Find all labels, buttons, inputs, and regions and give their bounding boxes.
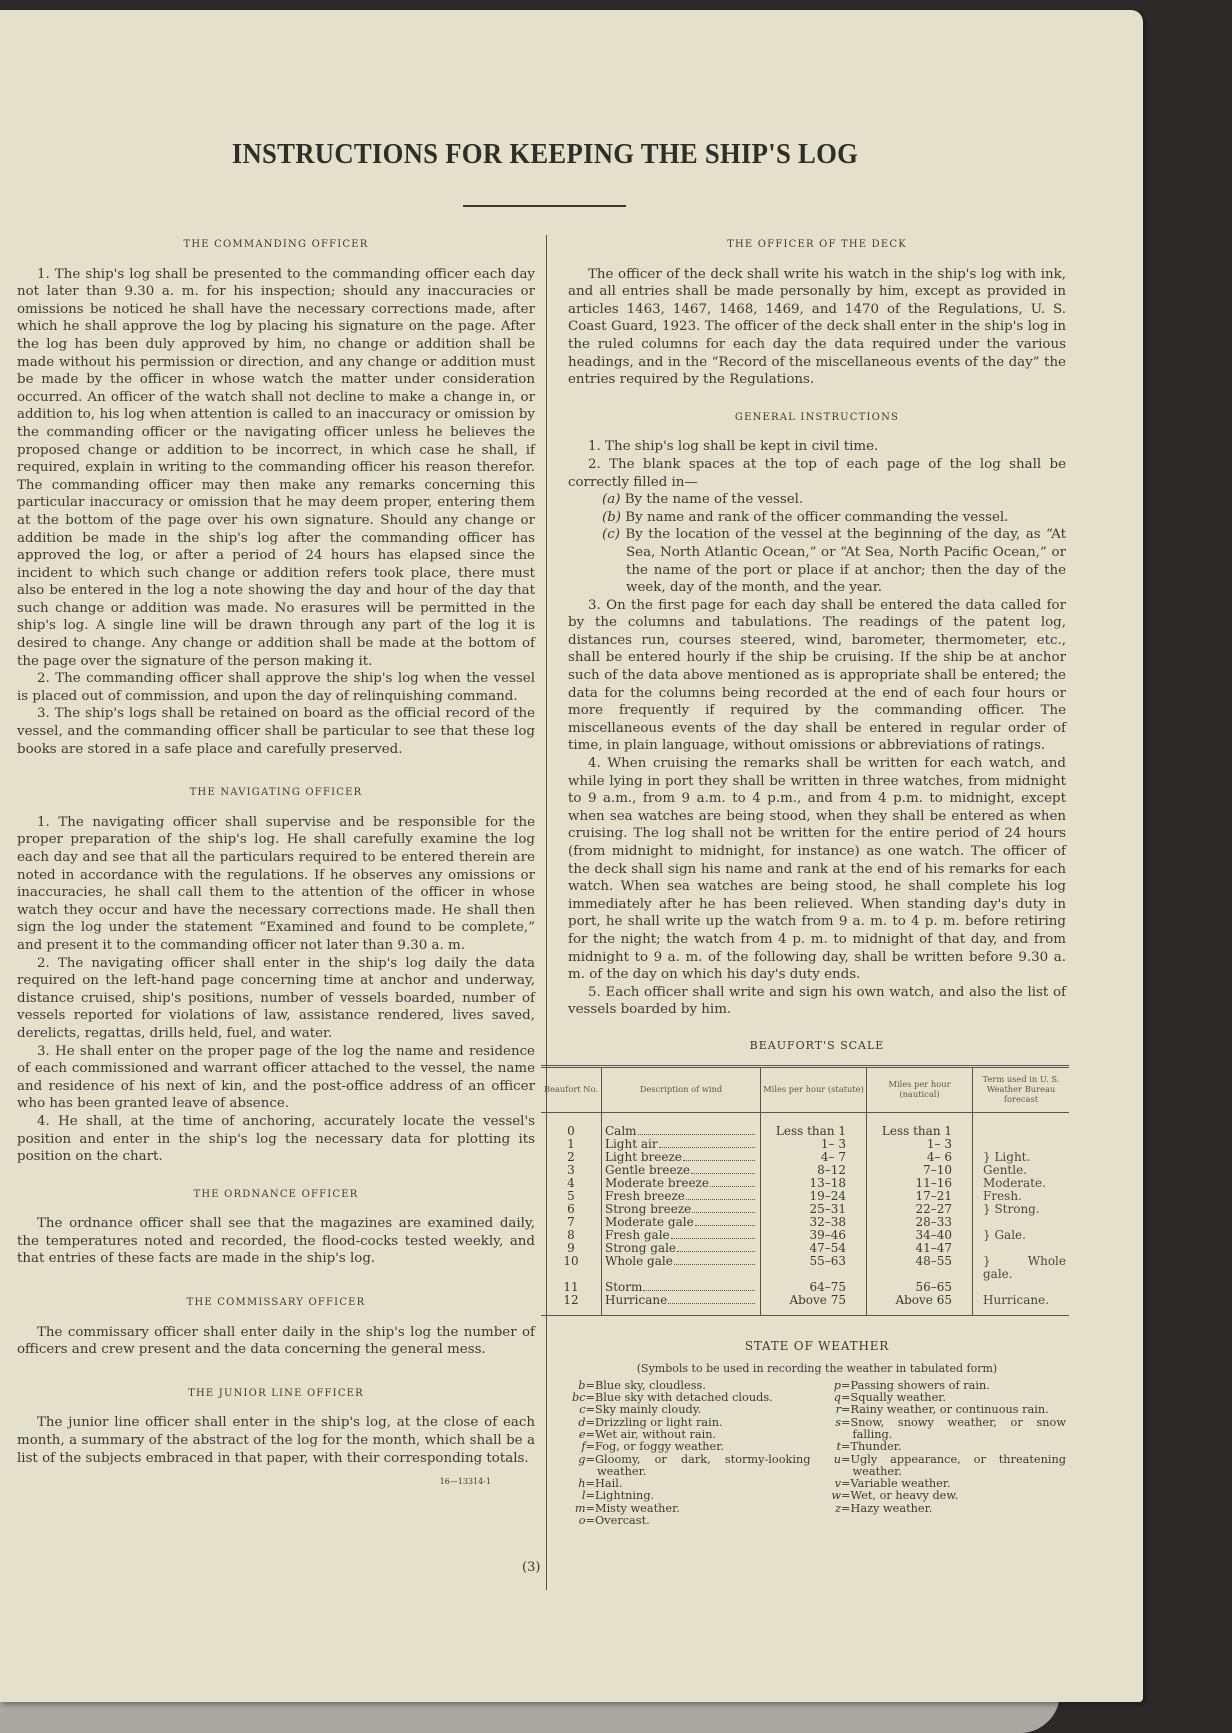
weather-symbol-meaning: Drizzling or light rain.: [595, 1416, 723, 1429]
section-heading-ordnance-officer: THE ORDNANCE OFFICER: [17, 1186, 535, 1204]
table-row: 12HurricaneAbove 75Above 65Hurricane.: [541, 1294, 1069, 1316]
sub-item-label: (b): [602, 510, 621, 525]
paragraph: The officer of the deck shall write his …: [568, 266, 1066, 389]
paragraph: 3. He shall enter on the proper page of …: [17, 1043, 535, 1113]
wind-description-cell: Light air: [602, 1138, 761, 1151]
weather-symbol-meaning: Misty weather.: [595, 1502, 680, 1515]
state-of-weather-subtitle: (Symbols to be used in recording the wea…: [568, 1360, 1066, 1378]
section-heading-navigating-officer: THE NAVIGATING OFFICER: [17, 784, 535, 802]
right-column: THE OFFICER OF THE DECK The officer of t…: [568, 232, 1066, 1527]
statute-mph: 19–24: [761, 1190, 867, 1203]
page-number: (3): [522, 1560, 540, 1575]
leader-dots: [638, 1125, 755, 1135]
section-heading-officer-of-the-deck: THE OFFICER OF THE DECK: [568, 236, 1066, 254]
title-rule: [463, 205, 626, 207]
beaufort-number: 6: [541, 1203, 602, 1216]
statute-mph: 55–63: [761, 1255, 867, 1281]
weather-symbol-meaning: Overcast.: [595, 1514, 650, 1527]
section-heading-junior-line-officer: THE JUNIOR LINE OFFICER: [17, 1385, 535, 1403]
sub-item-label: (c): [602, 527, 620, 542]
weather-symbol: s=: [811, 1417, 851, 1429]
paragraph: The junior line officer shall enter in t…: [17, 1414, 535, 1467]
stock-number: 16—13314-1: [17, 1473, 535, 1491]
header-nautical: Miles per hour (nautical): [867, 1066, 973, 1112]
statute-mph: 32–38: [761, 1216, 867, 1229]
table-row: 5Fresh breeze19–2417–21Fresh.: [541, 1190, 1069, 1203]
wind-description: Calm: [605, 1125, 637, 1138]
weather-symbols-right: p=Passing showers of rain.q=Squally weat…: [811, 1380, 1067, 1528]
nautical-mph: 22–27: [867, 1203, 973, 1216]
weather-bureau-term: } Light.: [973, 1151, 1070, 1164]
header-description: Description of wind: [602, 1066, 761, 1112]
table-row: 8Fresh gale39–4634–40} Gale.: [541, 1229, 1069, 1242]
weather-symbol-meaning: Wet air, without rain.: [595, 1428, 716, 1441]
page-title: INSTRUCTIONS FOR KEEPING THE SHIP'S LOG: [44, 138, 1047, 171]
sub-item-a: (a) By the name of the vessel.: [568, 491, 1066, 509]
sub-item-label: (a): [602, 492, 620, 507]
statute-mph: 8–12: [761, 1164, 867, 1177]
instruction-item-3: 3. On the first page for each day shall …: [568, 597, 1066, 755]
wind-description-cell: Moderate gale: [602, 1216, 761, 1229]
leader-dots: [691, 1164, 755, 1174]
nautical-mph: 56–65: [867, 1281, 973, 1294]
instruction-item-2: 2. The blank spaces at the top of each p…: [568, 456, 1066, 491]
statute-mph: 39–46: [761, 1229, 867, 1242]
table-row: 1Light air1– 31– 3: [541, 1138, 1069, 1151]
weather-bureau-term: } Strong.: [973, 1203, 1070, 1216]
weather-symbol-meaning: Snow, snowy weather, or snow falling.: [851, 1416, 1067, 1441]
weather-bureau-term: [973, 1138, 1070, 1151]
leader-dots: [695, 1216, 755, 1226]
weather-symbol-meaning: Fog, or foggy weather.: [595, 1440, 724, 1453]
spacer: [17, 1359, 535, 1381]
weather-bureau-term: [973, 1281, 1070, 1294]
wind-description: Light air: [605, 1138, 658, 1151]
leader-dots: [668, 1294, 755, 1304]
weather-symbol-meaning: Variable weather.: [851, 1477, 951, 1490]
wind-description-cell: Moderate breeze: [602, 1177, 761, 1190]
sub-item-text: By the location of the vessel at the beg…: [625, 527, 1066, 595]
weather-symbol-meaning: Rainy weather, or continuous rain.: [851, 1403, 1049, 1416]
instruction-item-1: 1. The ship's log shall be kept in civil…: [568, 438, 1066, 456]
weather-symbol-item: s=Snow, snowy weather, or snow falling.: [811, 1417, 1067, 1442]
paragraph: 2. The navigating officer shall enter in…: [17, 955, 535, 1043]
weather-bureau-term: Moderate.: [973, 1177, 1070, 1190]
nautical-mph: 48–55: [867, 1255, 973, 1281]
weather-symbol-meaning: Lightning.: [595, 1489, 654, 1502]
instruction-item-5: 5. Each officer shall write and sign his…: [568, 984, 1066, 1019]
leader-dots: [710, 1177, 755, 1187]
weather-symbol: g=: [555, 1454, 595, 1466]
statute-mph: Above 75: [761, 1294, 867, 1316]
nautical-mph: 34–40: [867, 1229, 973, 1242]
weather-symbol-meaning: Thunder.: [851, 1440, 902, 1453]
weather-symbol-meaning: Blue sky with detached clouds.: [595, 1391, 773, 1404]
spacer: [17, 758, 535, 780]
leader-dots: [692, 1203, 755, 1213]
sub-item-b: (b) By name and rank of the officer comm…: [568, 509, 1066, 527]
nautical-mph: Less than 1: [867, 1112, 973, 1138]
statute-mph: 4– 7: [761, 1151, 867, 1164]
nautical-mph: 1– 3: [867, 1138, 973, 1151]
beaufort-table-body: 0CalmLess than 1Less than 11Light air1– …: [541, 1112, 1069, 1315]
wind-description: Gentle breeze: [605, 1164, 690, 1177]
wind-description: Hurricane: [605, 1294, 667, 1307]
wind-description: Fresh breeze: [605, 1190, 685, 1203]
sub-item-text: By name and rank of the officer commandi…: [625, 510, 1008, 525]
leader-dots: [683, 1151, 755, 1161]
wind-description: Whole gale: [605, 1255, 673, 1268]
weather-bureau-term: Hurricane.: [973, 1294, 1070, 1316]
weather-symbol-meaning: Gloomy, or dark, stormy-looking weather.: [595, 1453, 811, 1478]
beaufort-scale-title: BEAUFORT'S SCALE: [568, 1037, 1066, 1055]
table-row: 2Light breeze4– 74– 6} Light.: [541, 1151, 1069, 1164]
paragraph: 2. The commanding officer shall approve …: [17, 670, 535, 705]
weather-bureau-term: [973, 1242, 1070, 1255]
weather-bureau-term: } Whole gale.: [973, 1255, 1070, 1281]
beaufort-number: 12: [541, 1294, 602, 1316]
leader-dots: [643, 1281, 755, 1291]
wind-description: Storm: [605, 1281, 642, 1294]
nautical-mph: 7–10: [867, 1164, 973, 1177]
header-statute: Miles per hour (statute): [761, 1066, 867, 1112]
beaufort-number: 3: [541, 1164, 602, 1177]
state-of-weather-title: STATE OF WEATHER: [568, 1338, 1066, 1356]
header-weather-bureau-term: Term used in U. S. Weather Bureau foreca…: [973, 1066, 1070, 1112]
weather-bureau-term: [973, 1112, 1070, 1138]
document-page: INSTRUCTIONS FOR KEEPING THE SHIP'S LOG …: [0, 10, 1143, 1702]
weather-symbol-item: u=Ugly appearance, or threatening weathe…: [811, 1454, 1067, 1479]
weather-symbol-item: z=Hazy weather.: [811, 1503, 1067, 1515]
wind-description-cell: Light breeze: [602, 1151, 761, 1164]
weather-symbol-meaning: Sky mainly cloudy.: [595, 1403, 701, 1416]
paragraph: 1. The ship's log shall be presented to …: [17, 266, 535, 671]
wind-description: Light breeze: [605, 1151, 682, 1164]
beaufort-number: 8: [541, 1229, 602, 1242]
nautical-mph: 41–47: [867, 1242, 973, 1255]
weather-symbol: u=: [811, 1454, 851, 1466]
beaufort-number: 7: [541, 1216, 602, 1229]
beaufort-number: 0: [541, 1112, 602, 1138]
beaufort-number: 2: [541, 1151, 602, 1164]
table-row: 11Storm64–7556–65: [541, 1281, 1069, 1294]
wind-description-cell: Strong gale: [602, 1242, 761, 1255]
beaufort-scale-table: Beaufort No. Description of wind Miles p…: [541, 1065, 1069, 1316]
weather-symbol-meaning: Ugly appearance, or threatening weather.: [851, 1453, 1067, 1478]
weather-bureau-term: [973, 1216, 1070, 1229]
leader-dots: [659, 1138, 755, 1148]
spacer: [17, 1166, 535, 1182]
leader-dots: [686, 1190, 755, 1200]
paragraph: 1. The navigating officer shall supervis…: [17, 814, 535, 955]
statute-mph: 47–54: [761, 1242, 867, 1255]
weather-symbol-meaning: Wet, or heavy dew.: [851, 1489, 959, 1502]
weather-symbol-meaning: Blue sky, cloudless.: [595, 1379, 706, 1392]
wind-description: Strong gale: [605, 1242, 676, 1255]
table-row: 3Gentle breeze8–127–10Gentle.: [541, 1164, 1069, 1177]
weather-symbol-meaning: Hazy weather.: [851, 1502, 933, 1515]
leader-dots: [671, 1229, 755, 1239]
nautical-mph: Above 65: [867, 1294, 973, 1316]
section-heading-commanding-officer: THE COMMANDING OFFICER: [17, 236, 535, 254]
beaufort-number: 11: [541, 1281, 602, 1294]
wind-description-cell: Strong breeze: [602, 1203, 761, 1216]
weather-symbol-meaning: Passing showers of rain.: [851, 1379, 990, 1392]
weather-bureau-term: Fresh.: [973, 1190, 1070, 1203]
wind-description: Moderate gale: [605, 1216, 694, 1229]
weather-symbol: z=: [811, 1503, 851, 1515]
section-heading-general-instructions: GENERAL INSTRUCTIONS: [568, 409, 1066, 427]
weather-symbol: o=: [555, 1515, 595, 1527]
weather-symbols-left: b=Blue sky, cloudless.bc=Blue sky with d…: [555, 1380, 811, 1528]
nautical-mph: 4– 6: [867, 1151, 973, 1164]
wind-description-cell: Hurricane: [602, 1294, 761, 1316]
weather-bureau-term: } Gale.: [973, 1229, 1070, 1242]
sub-item-text: By the name of the vessel.: [625, 492, 804, 507]
nautical-mph: 28–33: [867, 1216, 973, 1229]
table-row: 4Moderate breeze13–1811–16Moderate.: [541, 1177, 1069, 1190]
wind-description: Strong breeze: [605, 1203, 691, 1216]
paragraph: 3. The ship's logs shall be retained on …: [17, 705, 535, 758]
paragraph: 4. He shall, at the time of anchoring, a…: [17, 1113, 535, 1166]
sub-item-c: (c) By the location of the vessel at the…: [568, 526, 1066, 596]
statute-mph: Less than 1: [761, 1112, 867, 1138]
table-row: 7Moderate gale32–3828–33: [541, 1216, 1069, 1229]
statute-mph: 64–75: [761, 1281, 867, 1294]
beaufort-number: 5: [541, 1190, 602, 1203]
paragraph: The ordnance officer shall see that the …: [17, 1215, 535, 1268]
wind-description: Moderate breeze: [605, 1177, 709, 1190]
beaufort-number: 9: [541, 1242, 602, 1255]
wind-description-cell: Gentle breeze: [602, 1164, 761, 1177]
table-header-row: Beaufort No. Description of wind Miles p…: [541, 1066, 1069, 1112]
weather-symbol-item: o=Overcast.: [555, 1515, 811, 1527]
weather-symbols: b=Blue sky, cloudless.bc=Blue sky with d…: [555, 1380, 1066, 1528]
leader-dots: [674, 1255, 755, 1265]
instruction-item-4: 4. When cruising the remarks shall be wr…: [568, 755, 1066, 984]
leader-dots: [677, 1242, 755, 1252]
beaufort-number: 1: [541, 1138, 602, 1151]
wind-description-cell: Calm: [602, 1112, 761, 1138]
wind-description-cell: Fresh breeze: [602, 1190, 761, 1203]
weather-symbol-meaning: Squally weather.: [851, 1391, 947, 1404]
paragraph: The commissary officer shall enter daily…: [17, 1324, 535, 1359]
nautical-mph: 11–16: [867, 1177, 973, 1190]
spacer: [17, 1268, 535, 1290]
wind-description-cell: Storm: [602, 1281, 761, 1294]
table-row: 9Strong gale47–5441–47: [541, 1242, 1069, 1255]
weather-bureau-term: Gentle.: [973, 1164, 1070, 1177]
statute-mph: 1– 3: [761, 1138, 867, 1151]
weather-symbol-item: g=Gloomy, or dark, stormy-looking weathe…: [555, 1454, 811, 1479]
spacer: [568, 389, 1066, 405]
table-row: 0CalmLess than 1Less than 1: [541, 1112, 1069, 1138]
statute-mph: 25–31: [761, 1203, 867, 1216]
column-divider: [546, 235, 547, 1590]
beaufort-number: 10: [541, 1255, 602, 1281]
table-row: 6Strong breeze25–3122–27} Strong.: [541, 1203, 1069, 1216]
wind-description-cell: Whole gale: [602, 1255, 761, 1281]
statute-mph: 13–18: [761, 1177, 867, 1190]
left-column: THE COMMANDING OFFICER 1. The ship's log…: [17, 232, 535, 1491]
nautical-mph: 17–21: [867, 1190, 973, 1203]
wind-description-cell: Fresh gale: [602, 1229, 761, 1242]
header-beaufort-no: Beaufort No.: [541, 1066, 602, 1112]
weather-symbol-meaning: Hail.: [595, 1477, 622, 1490]
wind-description: Fresh gale: [605, 1229, 670, 1242]
table-row: 10Whole gale55–6348–55} Whole gale.: [541, 1255, 1069, 1281]
beaufort-number: 4: [541, 1177, 602, 1190]
section-heading-commissary-officer: THE COMMISSARY OFFICER: [17, 1294, 535, 1312]
